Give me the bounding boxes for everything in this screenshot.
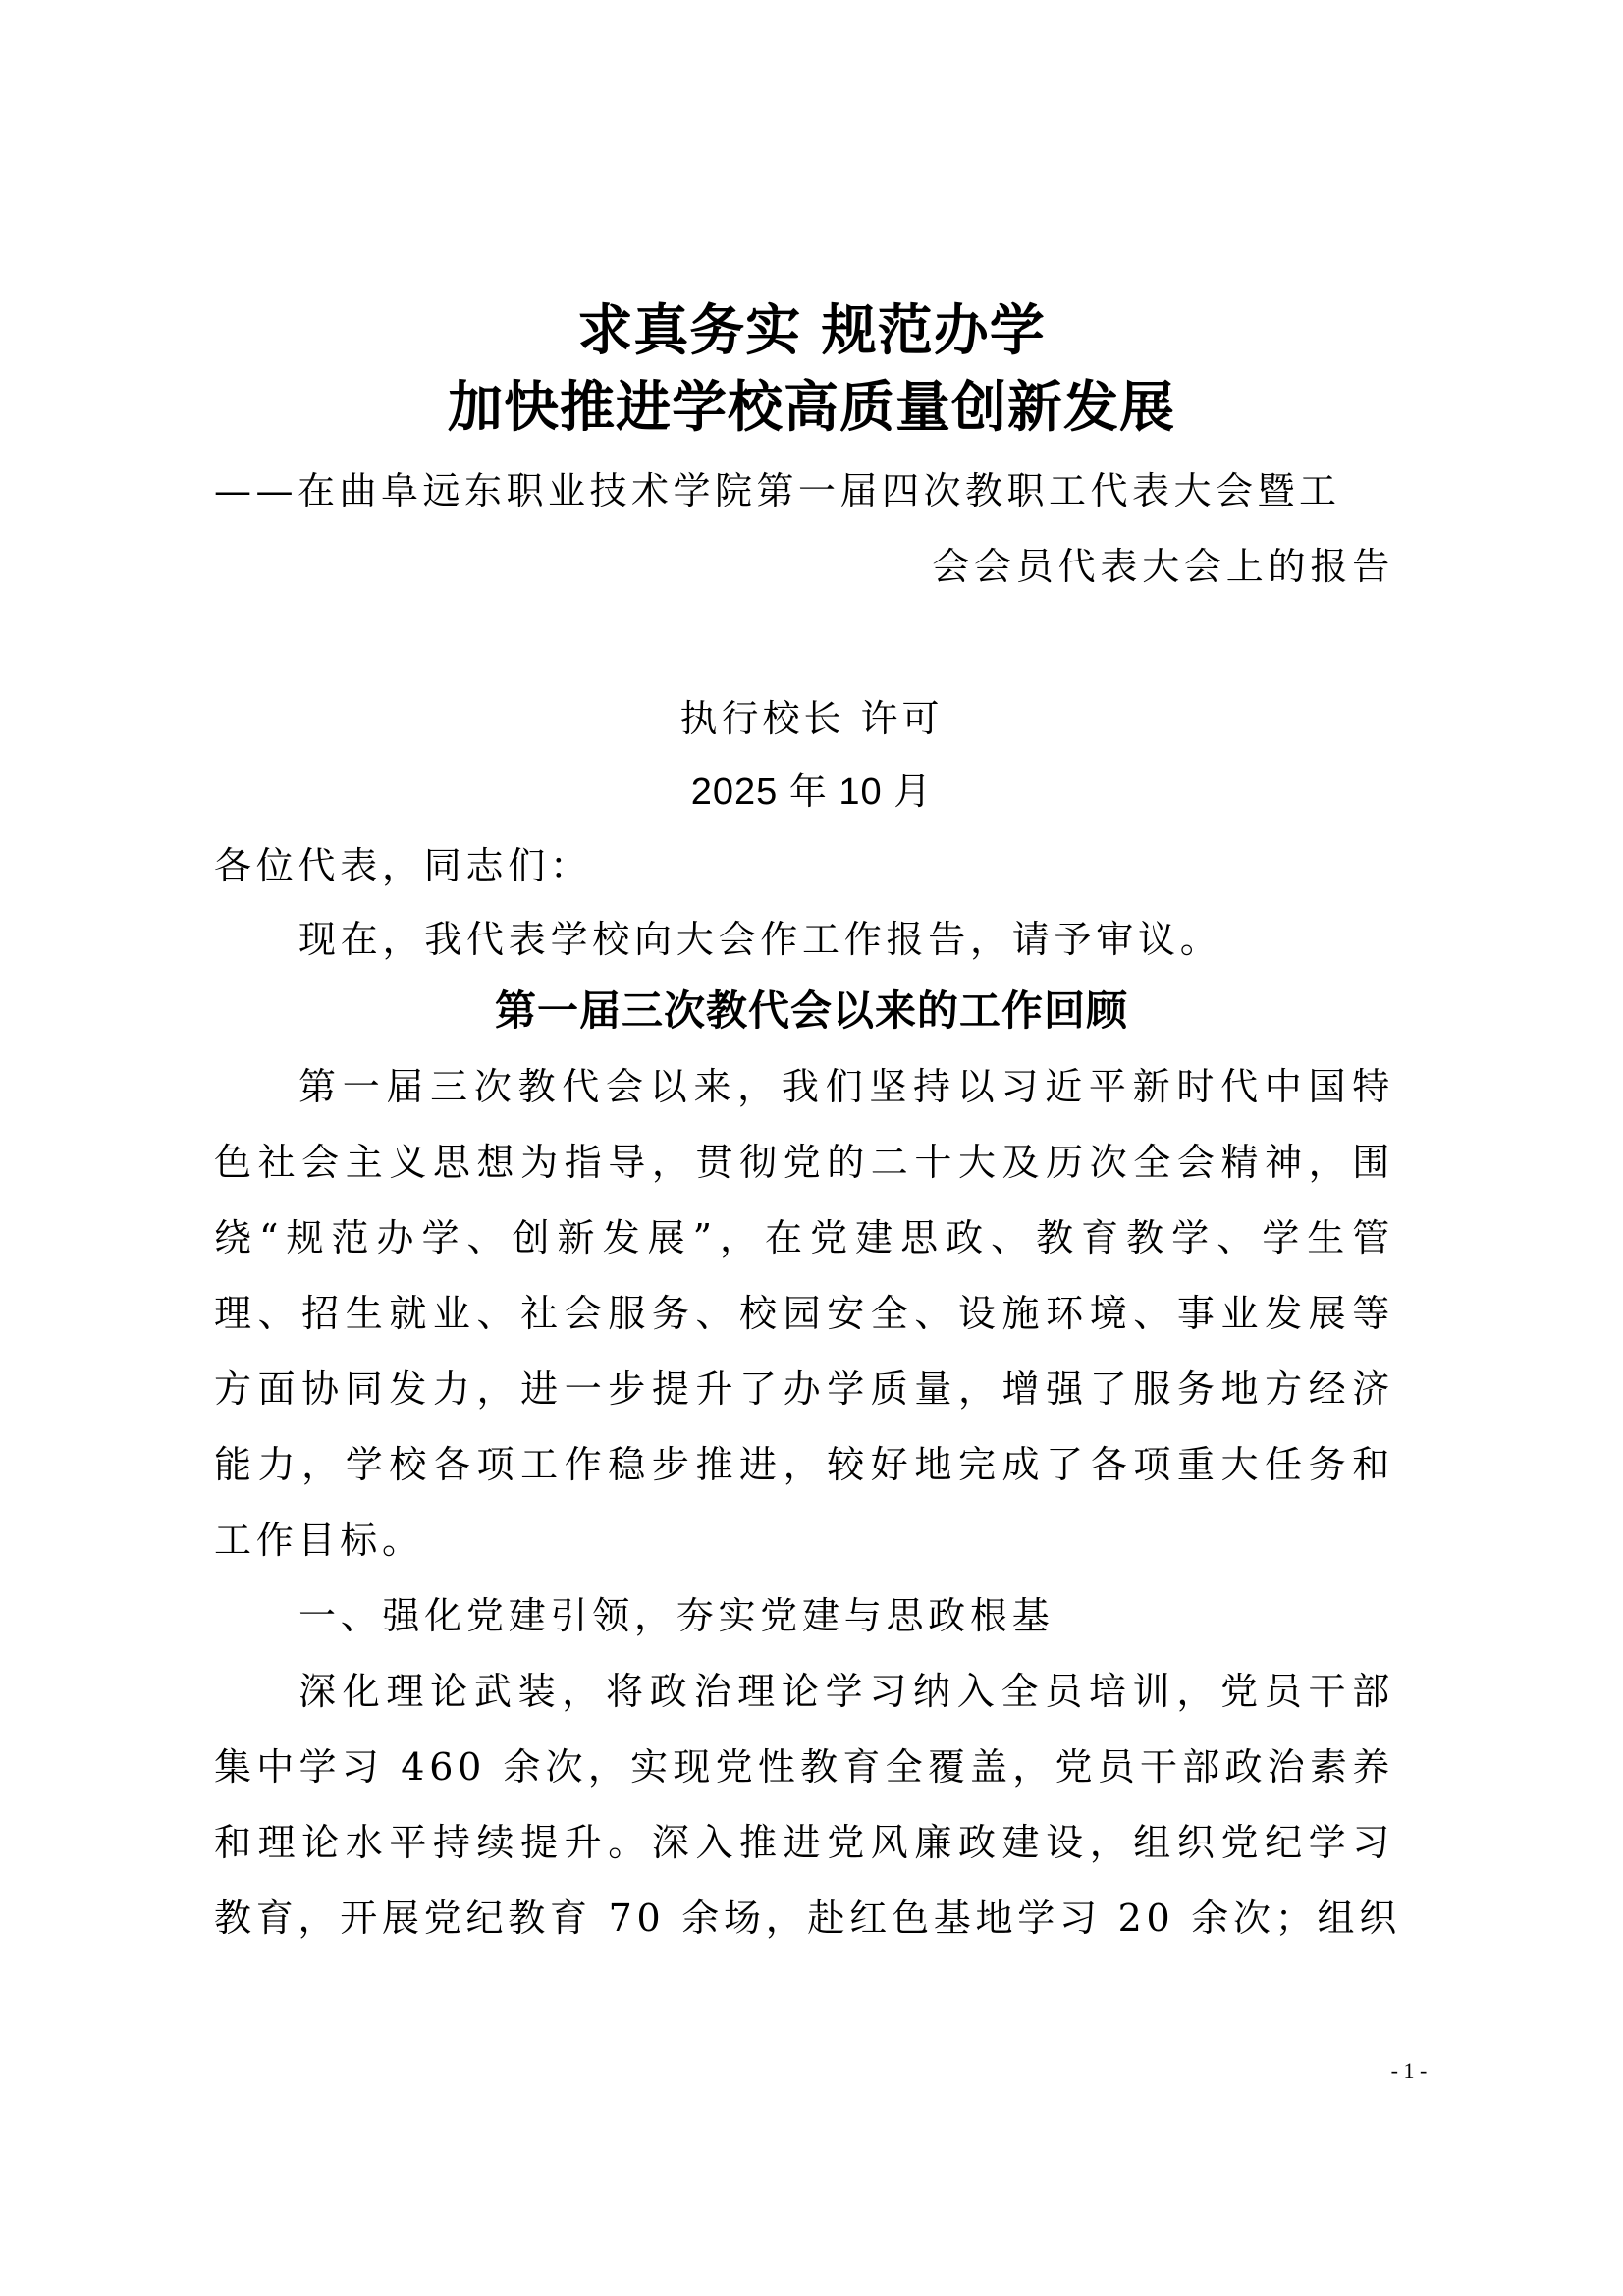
- document-page: 求真务实 规范办学 加快推进学校高质量创新发展 ——在曲阜远东职业技术学院第一届…: [0, 0, 1623, 2296]
- paragraph-line: 方面协同发力，进一步提升了办学质量，增强了服务地方经济: [214, 1360, 1394, 1418]
- section-heading: 第一届三次教代会以来的工作回顾: [0, 982, 1623, 1041]
- paragraph-line: 和理论水平持续提升。深入推进党风廉政建设，组织党纪学习: [214, 1813, 1394, 1872]
- salutation: 各位代表，同志们：: [214, 836, 1394, 895]
- paragraph-line: 工作目标。: [214, 1511, 1394, 1570]
- paragraph-line: 第一届三次教代会以来，我们坚持以习近平新时代中国特: [298, 1057, 1394, 1116]
- date-line: 2025 年 10 月: [0, 763, 1623, 822]
- paragraph-line: 能力，学校各项工作稳步推进，较好地完成了各项重大任务和: [214, 1435, 1394, 1494]
- document-subtitle-line-1: ——在曲阜远东职业技术学院第一届四次教职工代表大会暨工: [214, 454, 1394, 529]
- document-title-line-1: 求真务实 规范办学: [0, 296, 1623, 365]
- paragraph-line: 教育，开展党纪教育 70 余场，赴红色基地学习 20 余次；组织: [214, 1889, 1394, 1948]
- page-number: - 1 -: [1370, 2058, 1448, 2084]
- paragraph-line: 集中学习 460 余次，实现党性教育全覆盖，党员干部政治素养: [214, 1737, 1394, 1796]
- document-subtitle-line-2: 会会员代表大会上的报告: [214, 529, 1394, 605]
- paragraph-line: 色社会主义思想为指导，贯彻党的二十大及历次全会精神，围: [214, 1133, 1394, 1192]
- paragraph-line: 深化理论武装，将政治理论学习纳入全员培训，党员干部: [298, 1662, 1394, 1721]
- author-line: 执行校长 许可: [0, 689, 1623, 748]
- paragraph-line: 绕“规范办学、创新发展”，在党建思政、教育教学、学生管: [214, 1208, 1394, 1267]
- document-title-line-2: 加快推进学校高质量创新发展: [0, 373, 1623, 442]
- subheading-party-building: 一、强化党建引领，夯实党建与思政根基: [298, 1586, 1394, 1645]
- paragraph-line: 理、招生就业、社会服务、校园安全、设施环境、事业发展等: [214, 1284, 1394, 1343]
- opening-paragraph: 现在，我代表学校向大会作工作报告，请予审议。: [298, 910, 1394, 969]
